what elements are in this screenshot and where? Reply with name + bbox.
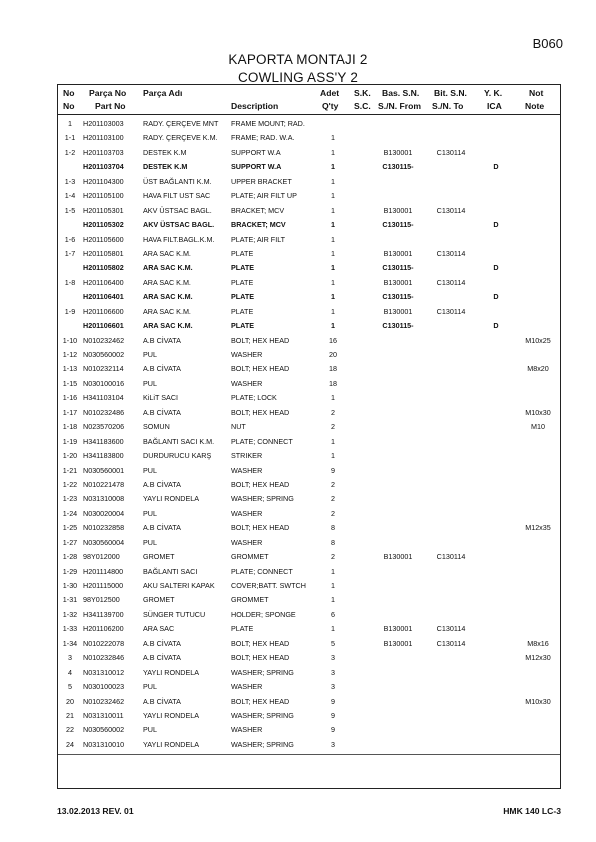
description: GROMMET xyxy=(231,595,269,604)
quantity: 2 xyxy=(323,509,343,518)
description: PLATE; AIR FILT xyxy=(231,235,285,244)
part-name: ARA SAC xyxy=(143,624,174,633)
quantity: 5 xyxy=(323,639,343,648)
header-note-en: Note xyxy=(525,101,544,111)
part-number: N031310011 xyxy=(83,711,124,720)
part-number: H201106600 xyxy=(83,307,124,316)
quantity: 3 xyxy=(323,682,343,691)
table-row: 1-2H201103703DESTEK K.MSUPPORT W.A1B1300… xyxy=(58,145,560,159)
serial-to: C130114 xyxy=(431,639,471,648)
ica-code: D xyxy=(486,162,506,171)
header-sc-tr: S.K. xyxy=(354,88,371,98)
description: BOLT; HEX HEAD xyxy=(231,480,289,489)
part-number: H201105802 xyxy=(83,263,124,272)
quantity: 1 xyxy=(323,307,343,316)
part-name: BAĞLANTI SACI xyxy=(143,567,197,576)
part-name: AKU SALTERI KAPAK xyxy=(143,581,215,590)
header-note-tr: Not xyxy=(529,88,543,98)
description: STRIKER xyxy=(231,451,262,460)
table-row: 1-13N010232114A.B CİVATABOLT; HEX HEAD18… xyxy=(58,361,560,375)
row-number: 1-2 xyxy=(58,148,82,157)
table-row: 1-29H201114800BAĞLANTI SACIPLATE; CONNEC… xyxy=(58,564,560,578)
header-from-tr: Bas. S.N. xyxy=(382,88,419,98)
part-name: A.B CİVATA xyxy=(143,408,181,417)
row-number: 3 xyxy=(58,653,82,662)
table-row: 1-25N010232858A.B CİVATABOLT; HEX HEAD8M… xyxy=(58,520,560,534)
part-name: YAYLI RONDELA xyxy=(143,668,199,677)
table-row: H201106401ARA SAC K.M.PLATE1C130115-D xyxy=(58,289,560,303)
part-number: N010222078 xyxy=(83,639,124,648)
quantity: 1 xyxy=(323,581,343,590)
part-name: SÜNGER TUTUCU xyxy=(143,610,205,619)
part-number: H341139700 xyxy=(83,610,124,619)
part-number: N010232846 xyxy=(83,653,124,662)
quantity: 9 xyxy=(323,725,343,734)
description: WASHER; SPRING xyxy=(231,711,294,720)
description: WASHER xyxy=(231,725,262,734)
table-row: H201106601ARA SAC K.M.PLATE1C130115-D xyxy=(58,318,560,332)
quantity: 2 xyxy=(323,480,343,489)
quantity: 9 xyxy=(323,466,343,475)
quantity: 1 xyxy=(323,278,343,287)
quantity: 1 xyxy=(323,292,343,301)
description: WASHER; SPRING xyxy=(231,740,294,749)
part-name: A.B CİVATA xyxy=(143,364,181,373)
row-number: 1-15 xyxy=(58,379,82,388)
part-number: H201105600 xyxy=(83,235,124,244)
quantity: 1 xyxy=(323,393,343,402)
quantity: 8 xyxy=(323,523,343,532)
part-number: N031310010 xyxy=(83,740,124,749)
part-number: N010232486 xyxy=(83,408,124,417)
note: M10x30 xyxy=(516,408,560,417)
row-number: 1-3 xyxy=(58,177,82,186)
part-name: AKV ÜSTSAC BAGL. xyxy=(143,220,214,229)
part-name: A.B CİVATA xyxy=(143,639,181,648)
note: M12x30 xyxy=(516,653,560,662)
serial-to: C130114 xyxy=(431,206,471,215)
quantity: 1 xyxy=(323,595,343,604)
quantity: 1 xyxy=(323,437,343,446)
row-number: 1-5 xyxy=(58,206,82,215)
part-number: H201103703 xyxy=(83,148,124,157)
table-row: 1-10N010232462A.B CİVATABOLT; HEX HEAD16… xyxy=(58,333,560,347)
part-name: PUL xyxy=(143,538,157,547)
quantity: 2 xyxy=(323,494,343,503)
part-number: H341183800 xyxy=(83,451,124,460)
table-row: 1-5H201105301AKV ÜSTSAC BAGL.BRACKET; MC… xyxy=(58,203,560,217)
serial-to: C130114 xyxy=(431,552,471,561)
header-part-en: Part No xyxy=(95,101,126,111)
serial-from: C130115- xyxy=(378,292,418,301)
part-name: AKV ÜSTSAC BAGL. xyxy=(143,206,212,215)
row-number: 1-18 xyxy=(58,422,82,431)
parts-table: No No Parça No Part No Parça Adı Descrip… xyxy=(57,84,561,789)
part-number: H201103100 xyxy=(83,133,124,142)
row-number: 1-23 xyxy=(58,494,82,503)
part-name: PUL xyxy=(143,725,157,734)
description: WASHER xyxy=(231,466,262,475)
table-row: 1-23N031310008YAYLI RONDELAWASHER; SPRIN… xyxy=(58,491,560,505)
description: PLATE; LOCK xyxy=(231,393,277,402)
table-row: 1-18N023570206SOMUNNUT2M10 xyxy=(58,419,560,433)
serial-to: C130114 xyxy=(431,148,471,157)
part-number: H341183600 xyxy=(83,437,124,446)
description: PLATE xyxy=(231,278,253,287)
header-desc-en: Description xyxy=(231,101,278,111)
description: WASHER xyxy=(231,538,262,547)
part-name: BAĞLANTI SACI K.M. xyxy=(143,437,214,446)
description: WASHER xyxy=(231,509,262,518)
row-number: 1-28 xyxy=(58,552,82,561)
quantity: 1 xyxy=(323,177,343,186)
table-row: 22N030560002PULWASHER9 xyxy=(58,722,560,736)
part-name: DESTEK K.M xyxy=(143,162,187,171)
header-ica-tr: Y. K. xyxy=(484,88,502,98)
table-row: 4N031310012YAYLI RONDELAWASHER; SPRING3 xyxy=(58,665,560,679)
row-number: 1-20 xyxy=(58,451,82,460)
row-number: 1-6 xyxy=(58,235,82,244)
part-number: H201105302 xyxy=(83,220,124,229)
row-number: 1-32 xyxy=(58,610,82,619)
serial-from: B130001 xyxy=(378,249,418,258)
part-number: N030560002 xyxy=(83,350,124,359)
part-number: H201106401 xyxy=(83,292,124,301)
description: WASHER xyxy=(231,682,262,691)
part-name: PUL xyxy=(143,466,157,475)
part-number: H201106601 xyxy=(83,321,124,330)
header-from-en: S./N. From xyxy=(378,101,421,111)
table-row: 1-6H201105600HAVA FILT.BAGL.K.M.PLATE; A… xyxy=(58,232,560,246)
quantity: 18 xyxy=(323,379,343,388)
part-name: ÜST BAĞLANTI K.M. xyxy=(143,177,212,186)
quantity: 1 xyxy=(323,249,343,258)
quantity: 1 xyxy=(323,206,343,215)
description: SUPPORT W.A xyxy=(231,148,281,157)
quantity: 1 xyxy=(323,148,343,157)
quantity: 2 xyxy=(323,552,343,561)
part-number: N010232462 xyxy=(83,697,124,706)
part-name: A.B CİVATA xyxy=(143,653,181,662)
row-number: 1-33 xyxy=(58,624,82,633)
description: WASHER xyxy=(231,379,262,388)
description: PLATE; CONNECT xyxy=(231,567,293,576)
header-name-tr: Parça Adı xyxy=(143,88,182,98)
part-number: H201105301 xyxy=(83,206,124,215)
part-name: RADY. ÇERÇEVE K.M. xyxy=(143,133,218,142)
ica-code: D xyxy=(486,321,506,330)
part-name: RADY. ÇERÇEVE MNT xyxy=(143,119,218,128)
row-number: 1-31 xyxy=(58,595,82,604)
part-name: YAYLI RONDELA xyxy=(143,494,199,503)
part-number: N010232114 xyxy=(83,364,124,373)
table-body: 1H201103003RADY. ÇERÇEVE MNTFRAME MOUNT;… xyxy=(58,116,560,751)
table-row: 1-1H201103100RADY. ÇERÇEVE K.M.FRAME; RA… xyxy=(58,130,560,144)
row-number: 1-7 xyxy=(58,249,82,258)
serial-from: C130115- xyxy=(378,162,418,171)
table-row: 1-9H201106600ARA SAC K.M.PLATE1B130001C1… xyxy=(58,304,560,318)
quantity: 1 xyxy=(323,235,343,244)
description: PLATE xyxy=(231,624,253,633)
part-name: PUL xyxy=(143,379,157,388)
description: GROMMET xyxy=(231,552,269,561)
description: BOLT; HEX HEAD xyxy=(231,653,289,662)
table-row: 1-16H341103104KiLiT SACIPLATE; LOCK1 xyxy=(58,390,560,404)
row-number: 1-13 xyxy=(58,364,82,373)
table-row: 1-21N030560001PULWASHER9 xyxy=(58,463,560,477)
quantity: 1 xyxy=(323,191,343,200)
table-row: 1-19H341183600BAĞLANTI SACI K.M.PLATE; C… xyxy=(58,434,560,448)
part-name: ARA SAC K.M. xyxy=(143,307,191,316)
table-row: 1-27N030560004PULWASHER8 xyxy=(58,535,560,549)
table-row: 1-2898Y012000GROMETGROMMET2B130001C13011… xyxy=(58,549,560,563)
row-number: 1-19 xyxy=(58,437,82,446)
table-row: 1-3198Y012500GROMETGROMMET1 xyxy=(58,592,560,606)
part-name: SOMUN xyxy=(143,422,170,431)
description: BOLT; HEX HEAD xyxy=(231,639,289,648)
description: PLATE xyxy=(231,321,254,330)
serial-from: C130115- xyxy=(378,321,418,330)
quantity: 6 xyxy=(323,610,343,619)
row-number: 1-21 xyxy=(58,466,82,475)
row-number: 1-27 xyxy=(58,538,82,547)
row-number: 1-30 xyxy=(58,581,82,590)
row-number: 1-25 xyxy=(58,523,82,532)
part-name: ARA SAC K.M. xyxy=(143,249,191,258)
ica-code: D xyxy=(486,220,506,229)
row-number: 4 xyxy=(58,668,82,677)
quantity: 3 xyxy=(323,740,343,749)
page-code: B060 xyxy=(533,36,563,51)
title-english: COWLING ASS'Y 2 xyxy=(0,70,596,85)
part-number: H201114800 xyxy=(83,567,123,576)
part-number: H201106400 xyxy=(83,278,124,287)
table-row: 24N031310010YAYLI RONDELAWASHER; SPRING3 xyxy=(58,737,560,751)
note: M12x35 xyxy=(516,523,560,532)
quantity: 1 xyxy=(323,263,343,272)
serial-from: B130001 xyxy=(378,624,418,633)
title-turkish: KAPORTA MONTAJI 2 xyxy=(0,52,596,67)
part-name: HAVA FILT UST SAC xyxy=(143,191,210,200)
row-number: 1 xyxy=(58,119,82,128)
serial-to: C130114 xyxy=(431,307,471,316)
serial-from: B130001 xyxy=(378,639,418,648)
table-end-line xyxy=(58,754,560,755)
serial-from: B130001 xyxy=(378,206,418,215)
quantity: 1 xyxy=(323,321,343,330)
row-number: 1-8 xyxy=(58,278,82,287)
part-name: DURDURUCU KARŞ xyxy=(143,451,211,460)
part-number: H201105801 xyxy=(83,249,124,258)
part-name: A.B CİVATA xyxy=(143,697,181,706)
header-no-tr: No xyxy=(63,88,74,98)
table-row: 1-20H341183800DURDURUCU KARŞSTRIKER1 xyxy=(58,448,560,462)
row-number: 1-34 xyxy=(58,639,82,648)
part-name: A.B CİVATA xyxy=(143,336,181,345)
part-name: YAYLI RONDELA xyxy=(143,711,199,720)
row-number: 20 xyxy=(58,697,82,706)
part-number: N030020004 xyxy=(83,509,124,518)
description: COVER;BATT. SWTCH xyxy=(231,581,306,590)
part-name: ARA SAC K.M. xyxy=(143,278,191,287)
description: PLATE; CONNECT xyxy=(231,437,293,446)
ica-code: D xyxy=(486,263,506,272)
table-row: 21N031310011YAYLI RONDELAWASHER; SPRING9 xyxy=(58,708,560,722)
part-number: 98Y012000 xyxy=(83,552,120,561)
part-name: GROMET xyxy=(143,552,175,561)
description: SUPPORT W.A xyxy=(231,162,281,171)
description: BRACKET; MCV xyxy=(231,206,284,215)
header-part-tr: Parça No xyxy=(89,88,126,98)
header-to-tr: Bit. S.N. xyxy=(434,88,467,98)
row-number: 1-4 xyxy=(58,191,82,200)
quantity: 1 xyxy=(323,133,343,142)
part-name: PUL xyxy=(143,350,157,359)
table-row: 1-33H201106200ARA SACPLATE1B130001C13011… xyxy=(58,621,560,635)
row-number: 24 xyxy=(58,740,82,749)
table-row: 1-12N030560002PULWASHER20 xyxy=(58,347,560,361)
table-row: H201105302AKV ÜSTSAC BAGL.BRACKET; MCV1C… xyxy=(58,217,560,231)
part-number: H201103704 xyxy=(83,162,124,171)
serial-to: C130114 xyxy=(431,278,471,287)
footer-model: HMK 140 LC-3 xyxy=(503,806,561,816)
description: BOLT; HEX HEAD xyxy=(231,364,289,373)
row-number: 1-12 xyxy=(58,350,82,359)
row-number: 1-1 xyxy=(58,133,82,142)
header-ica-en: ICA xyxy=(487,101,502,111)
note: M10x25 xyxy=(516,336,560,345)
part-name: DESTEK K.M xyxy=(143,148,187,157)
table-row: 1-32H341139700SÜNGER TUTUCUHOLDER; SPONG… xyxy=(58,607,560,621)
part-name: A.B CİVATA xyxy=(143,480,181,489)
part-name: ARA SAC K.M. xyxy=(143,321,193,330)
footer-date-revision: 13.02.2013 REV. 01 xyxy=(57,806,134,816)
table-row: 1-15N030100016PULWASHER18 xyxy=(58,376,560,390)
row-number: 1-9 xyxy=(58,307,82,316)
part-name: A.B CİVATA xyxy=(143,523,181,532)
row-number: 1-29 xyxy=(58,567,82,576)
header-qty-tr: Adet xyxy=(320,88,339,98)
quantity: 2 xyxy=(323,408,343,417)
quantity: 1 xyxy=(323,220,343,229)
description: PLATE xyxy=(231,307,253,316)
part-number: N030100023 xyxy=(83,682,124,691)
table-row: 20N010232462A.B CİVATABOLT; HEX HEAD9M10… xyxy=(58,694,560,708)
table-header: No No Parça No Part No Parça Adı Descrip… xyxy=(58,85,560,115)
quantity: 9 xyxy=(323,697,343,706)
table-row: 1H201103003RADY. ÇERÇEVE MNTFRAME MOUNT;… xyxy=(58,116,560,130)
description: PLATE xyxy=(231,263,254,272)
row-number: 5 xyxy=(58,682,82,691)
part-name: YAYLI RONDELA xyxy=(143,740,199,749)
table-row: 1-34N010222078A.B CİVATABOLT; HEX HEAD5B… xyxy=(58,636,560,650)
quantity: 9 xyxy=(323,711,343,720)
description: BOLT; HEX HEAD xyxy=(231,408,289,417)
row-number: 21 xyxy=(58,711,82,720)
part-number: H201103003 xyxy=(83,119,124,128)
part-name: GROMET xyxy=(143,595,175,604)
description: BOLT; HEX HEAD xyxy=(231,523,289,532)
part-name: PUL xyxy=(143,682,157,691)
ica-code: D xyxy=(486,292,506,301)
table-row: 5N030100023PULWASHER3 xyxy=(58,679,560,693)
description: UPPER BRACKET xyxy=(231,177,292,186)
header-no-en: No xyxy=(63,101,74,111)
part-number: N031310008 xyxy=(83,494,124,503)
row-number: 22 xyxy=(58,725,82,734)
part-number: N031310012 xyxy=(83,668,124,677)
quantity: 1 xyxy=(323,567,343,576)
description: WASHER; SPRING xyxy=(231,494,294,503)
part-number: N023570206 xyxy=(83,422,124,431)
quantity: 1 xyxy=(323,624,343,633)
part-number: N030100016 xyxy=(83,379,124,388)
part-number: N030560004 xyxy=(83,538,124,547)
part-number: H341103104 xyxy=(83,393,124,402)
table-row: 1-24N030020004PULWASHER2 xyxy=(58,506,560,520)
part-number: H201115000 xyxy=(83,581,123,590)
description: NUT xyxy=(231,422,246,431)
description: HOLDER; SPONGE xyxy=(231,610,296,619)
quantity: 3 xyxy=(323,653,343,662)
part-name: KiLiT SACI xyxy=(143,393,178,402)
table-row: 1-3H201104300ÜST BAĞLANTI K.M.UPPER BRAC… xyxy=(58,174,560,188)
note: M10x30 xyxy=(516,697,560,706)
header-to-en: S./N. To xyxy=(432,101,463,111)
part-number: 98Y012500 xyxy=(83,595,120,604)
description: WASHER xyxy=(231,350,262,359)
part-number: H201104300 xyxy=(83,177,124,186)
part-number: H201106200 xyxy=(83,624,124,633)
description: PLATE xyxy=(231,292,254,301)
part-number: N010232462 xyxy=(83,336,124,345)
serial-from: B130001 xyxy=(378,552,418,561)
table-row: 1-4H201105100HAVA FILT UST SACPLATE; AIR… xyxy=(58,188,560,202)
table-row: 3N010232846A.B CİVATABOLT; HEX HEAD3M12x… xyxy=(58,650,560,664)
serial-to: C130114 xyxy=(431,624,471,633)
serial-from: B130001 xyxy=(378,278,418,287)
part-number: N010221478 xyxy=(83,480,124,489)
description: FRAME MOUNT; RAD. xyxy=(231,119,305,128)
serial-from: B130001 xyxy=(378,307,418,316)
description: BOLT; HEX HEAD xyxy=(231,697,289,706)
part-name: HAVA FILT.BAGL.K.M. xyxy=(143,235,215,244)
quantity: 18 xyxy=(323,364,343,373)
description: WASHER; SPRING xyxy=(231,668,294,677)
quantity: 1 xyxy=(323,451,343,460)
row-number: 1-17 xyxy=(58,408,82,417)
part-number: N030560002 xyxy=(83,725,124,734)
quantity: 16 xyxy=(323,336,343,345)
part-number: N010232858 xyxy=(83,523,124,532)
header-sc-en: S.C. xyxy=(354,101,371,111)
header-qty-en: Q'ty xyxy=(322,101,338,111)
quantity: 2 xyxy=(323,422,343,431)
row-number: 1-16 xyxy=(58,393,82,402)
table-row: 1-17N010232486A.B CİVATABOLT; HEX HEAD2M… xyxy=(58,405,560,419)
row-number: 1-10 xyxy=(58,336,82,345)
description: PLATE; AIR FILT UP xyxy=(231,191,297,200)
note: M10 xyxy=(516,422,560,431)
serial-from: C130115- xyxy=(378,263,418,272)
note: M8x20 xyxy=(516,364,560,373)
serial-from: C130115- xyxy=(378,220,418,229)
part-name: PUL xyxy=(143,509,157,518)
serial-to: C130114 xyxy=(431,249,471,258)
quantity: 20 xyxy=(323,350,343,359)
part-number: H201105100 xyxy=(83,191,124,200)
serial-from: B130001 xyxy=(378,148,418,157)
